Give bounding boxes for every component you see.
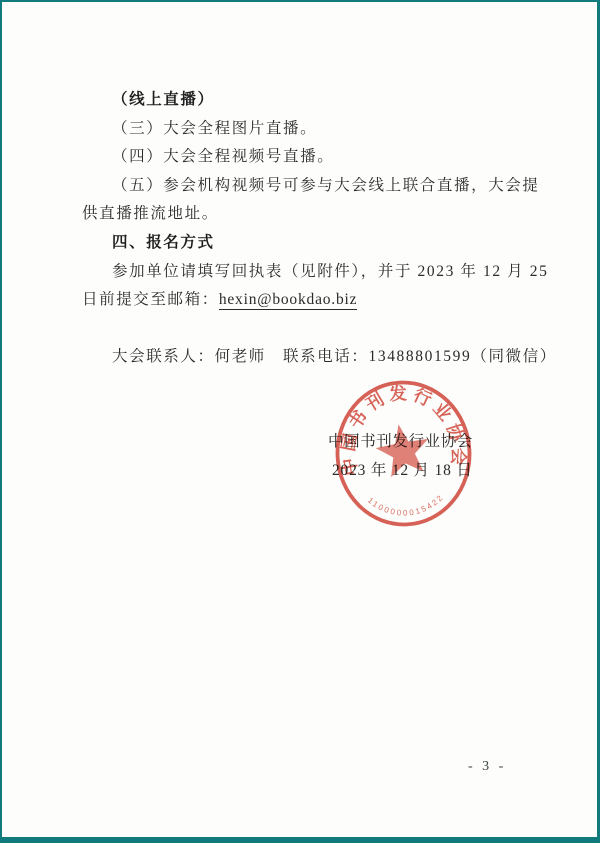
line-item-3: （三）大会全程图片直播。 <box>82 115 557 144</box>
line-registration-2: 日前提交至邮箱：hexin@bookdao.biz <box>82 286 557 315</box>
document-body: （线上直播） （三）大会全程图片直播。 （四）大会全程视频号直播。 （五）参会机… <box>82 86 557 372</box>
blank-line <box>82 315 557 344</box>
line-item-4: （四）大会全程视频号直播。 <box>82 143 557 172</box>
page-number: - 3 - <box>468 759 506 775</box>
line-item-5: （五）参会机构视频号可参与大会线上联合直播，大会提 <box>82 172 557 201</box>
email-link[interactable]: hexin@bookdao.biz <box>219 291 358 310</box>
heading-registration-method: 四、报名方式 <box>82 229 557 258</box>
line-registration-1: 参加单位请填写回执表（见附件），并于 2023 年 12 月 25 <box>82 258 557 287</box>
email-label: 日前提交至邮箱： <box>82 291 219 308</box>
heading-online-broadcast: （线上直播） <box>82 86 557 115</box>
line-item-5-continued: 供直播推流地址。 <box>82 200 557 229</box>
line-contact-info: 大会联系人：何老师 联系电话：13488801599（同微信） <box>82 343 557 372</box>
scanned-page: （线上直播） （三）大会全程图片直播。 （四）大会全程视频号直播。 （五）参会机… <box>0 0 600 843</box>
star-icon <box>372 420 433 479</box>
official-seal-stamp: 中国书刊发行业协会 1100000015422 <box>333 379 474 528</box>
